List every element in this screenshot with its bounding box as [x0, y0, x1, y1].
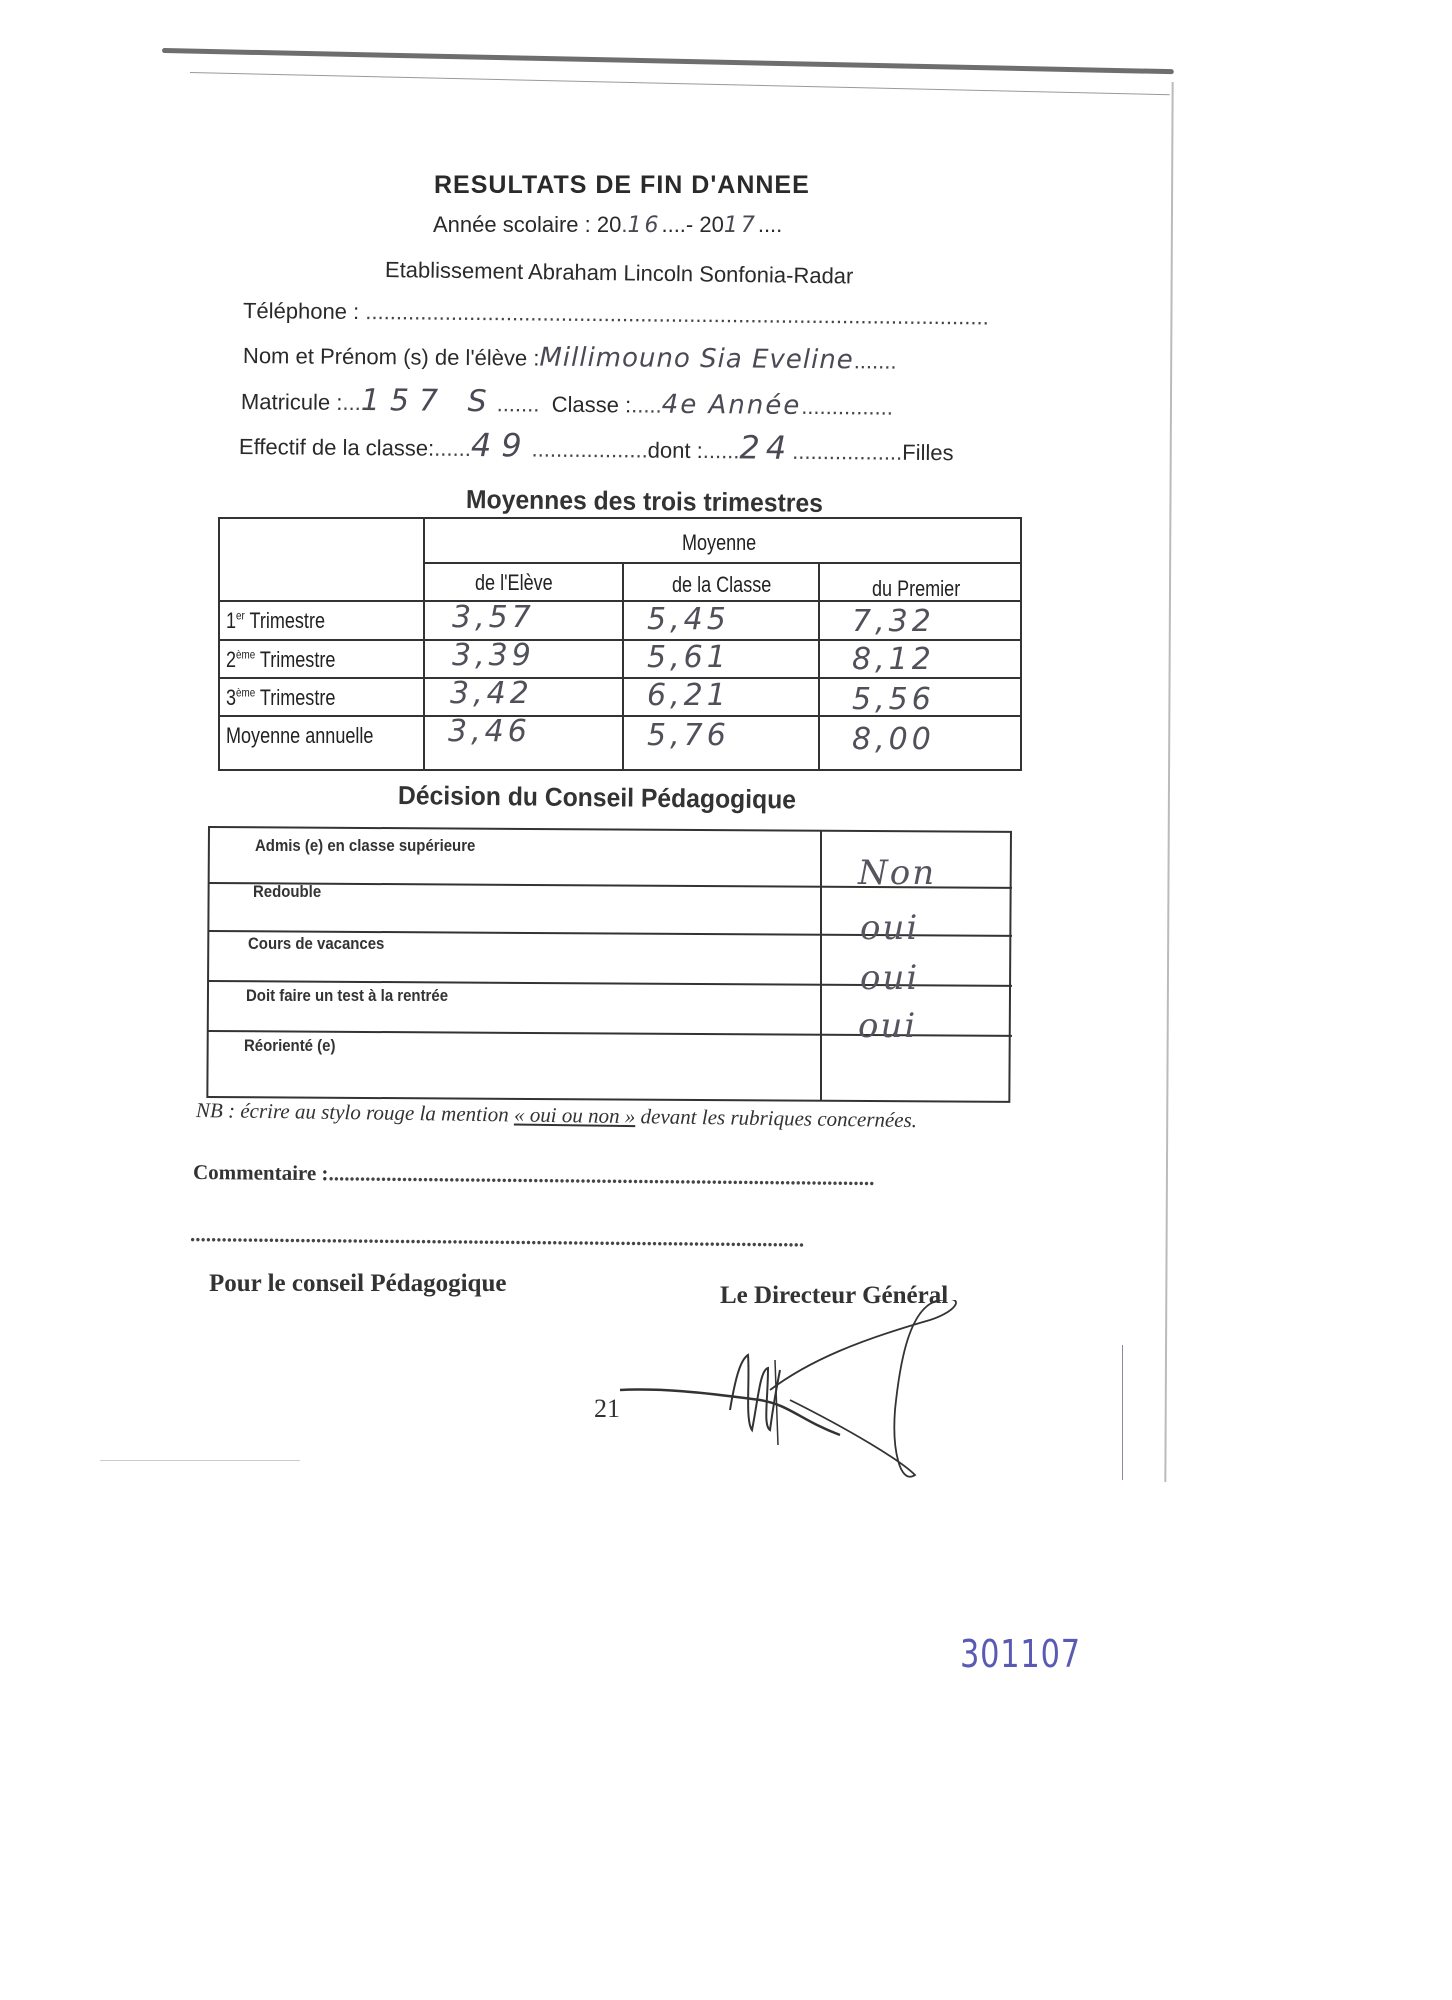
value-t2-premier: 8,12: [852, 642, 935, 677]
school-year-label: Année scolaire : 20: [433, 212, 621, 237]
decision-label-redouble: Redouble: [253, 882, 321, 902]
row-label-sup: er: [236, 609, 245, 623]
averages-table-frame: [218, 517, 1022, 771]
value-t3-classe: 6,21: [647, 678, 730, 713]
col-header-eleve: de l'Elève: [475, 570, 553, 596]
decision-answer-admis: Non: [858, 853, 936, 893]
matricule-label: Matricule :: [241, 389, 343, 415]
row-label-trimestre-1: 1er Trimestre: [226, 608, 325, 634]
effectif-field: Effectif de la classe:......49..........…: [239, 424, 954, 468]
note-suffix: devant les rubriques concernées.: [635, 1104, 917, 1132]
dot-leader: .....: [631, 392, 662, 417]
row-divider: [218, 677, 1022, 679]
school-year-sep: ....- 20: [661, 212, 723, 237]
row-divider: [208, 980, 1012, 987]
matricule-field: Matricule :...157 S....... Classe :.....…: [241, 382, 893, 423]
col-divider: [818, 562, 820, 771]
value-annual-classe: 5,76: [647, 718, 730, 753]
comment-field: Commentaire :...........................…: [193, 1160, 875, 1191]
paper-right-edge-line: [1122, 1345, 1123, 1480]
decision-answer-cours-vacances: oui: [860, 958, 919, 998]
effectif-label: Effectif de la classe:: [239, 434, 434, 461]
row-label-trimestre-2: 2ème Trimestre: [226, 647, 335, 673]
paper-top-edge-line: [190, 72, 1170, 95]
row-label-sup: ème: [236, 686, 255, 700]
school-year-end: 17: [724, 213, 758, 238]
decision-table: Admis (e) en classe supérieure Redouble …: [0, 0, 1452, 2000]
comment-label: Commentaire :: [193, 1160, 329, 1185]
col-header-classe: de la Classe: [672, 572, 771, 598]
note-text: NB : écrire au stylo rouge la mention « …: [196, 1098, 917, 1133]
decision-answer-redouble: oui: [860, 908, 919, 948]
decision-label-reoriente: Réorienté (e): [244, 1036, 335, 1056]
comment-dots: ........................................…: [328, 1161, 874, 1190]
row-label-text: Trimestre: [255, 647, 335, 672]
note-prefix: NB : écrire au stylo rouge la mention: [196, 1098, 514, 1126]
student-name-field: Nom et Prénom (s) de l'élève :Millimouno…: [243, 340, 897, 376]
value-t3-premier: 5,56: [852, 682, 935, 717]
row-label-trimestre-3: 3ème Trimestre: [226, 685, 335, 711]
col-header-premier: du Premier: [872, 576, 960, 602]
row-divider: [208, 1030, 1012, 1037]
dot-leader: .......: [854, 348, 897, 373]
value-t2-eleve: 3,39: [452, 638, 535, 673]
row-divider: [208, 930, 1012, 937]
col-divider: [423, 517, 425, 771]
row-divider: [423, 562, 1022, 564]
matricule-value: 157 S: [361, 383, 497, 419]
school-year-start: 16: [627, 213, 661, 238]
dot-leader: ...............: [801, 394, 893, 420]
telephone-label: Téléphone :: [243, 298, 359, 324]
paper-bottom-edge: [100, 1460, 300, 1461]
dot-leader: ..................: [792, 439, 902, 465]
value-t2-classe: 5,61: [647, 640, 730, 675]
row-label-text: Moyenne annuelle: [226, 723, 373, 748]
row-divider: [208, 882, 1012, 889]
decision-heading: Décision du Conseil Pédagogique: [398, 780, 796, 815]
classe-label: Classe :: [552, 392, 632, 418]
row-label-num: 3: [226, 685, 236, 710]
page-number: 21: [594, 1394, 620, 1424]
telephone-value-dots: ........................................…: [365, 299, 989, 329]
decision-label-cours-vacances: Cours de vacances: [248, 934, 384, 954]
value-t1-eleve: 3,57: [452, 600, 535, 635]
dot-leader: ......: [434, 436, 471, 461]
dot-leader: ......: [703, 438, 740, 463]
value-annual-eleve: 3,46: [448, 714, 531, 749]
document-title: RESULTATS DE FIN D'ANNEE: [434, 171, 810, 200]
decision-answer-test-rentree: oui: [858, 1006, 917, 1046]
row-label-num: 1: [226, 608, 236, 633]
dot-leader: .......: [497, 391, 540, 416]
row-label-annual: Moyenne annuelle: [226, 723, 373, 749]
row-label-text: Trimestre: [255, 685, 335, 710]
filles-label: Filles: [902, 440, 954, 465]
value-t1-premier: 7,32: [852, 604, 935, 639]
col-divider: [820, 830, 822, 1100]
director-signature: [600, 1300, 1020, 1500]
dont-label: dont :: [648, 438, 703, 463]
student-name-value: Millimouno Sia Eveline: [539, 343, 854, 376]
averages-table: Moyenne de l'Elève de la Classe du Premi…: [0, 0, 1452, 2000]
row-label-sup: ème: [236, 648, 255, 662]
decision-table-frame: [206, 826, 1012, 1103]
note-underlined: « oui ou non »: [514, 1102, 636, 1128]
decision-label-test-rentree: Doit faire un test à la rentrée: [246, 986, 448, 1006]
moyenne-group-header: Moyenne: [682, 530, 756, 556]
col-divider: [622, 562, 624, 771]
school-year: Année scolaire : 20.16....- 2017....: [433, 212, 782, 238]
value-t3-eleve: 3,42: [450, 676, 533, 711]
averages-heading: Moyennes des trois trimestres: [466, 484, 823, 519]
student-name-label: Nom et Prénom (s) de l'élève :: [243, 343, 540, 371]
establishment-name: Etablissement Abraham Lincoln Sonfonia-R…: [385, 257, 854, 290]
paper-top-edge: [162, 48, 1174, 74]
comment-line-2: ........................................…: [190, 1222, 804, 1252]
school-year-tail: ....: [758, 212, 782, 237]
telephone-field: Téléphone : ............................…: [243, 298, 989, 331]
value-t1-classe: 5,45: [647, 602, 730, 637]
row-divider: [218, 600, 1022, 602]
value-annual-premier: 8,00: [852, 722, 935, 757]
dot-leader: ...: [342, 390, 361, 415]
dont-value: 24: [739, 428, 792, 466]
row-label-num: 2: [226, 647, 236, 672]
effectif-value: 49: [471, 426, 532, 465]
decision-label-admis: Admis (e) en classe supérieure: [255, 836, 475, 856]
row-label-text: Trimestre: [245, 608, 325, 633]
row-divider: [218, 715, 1022, 717]
dot-leader: ...................: [532, 437, 648, 463]
classe-value: 4e Année: [662, 390, 802, 421]
comment-dots: ........................................…: [190, 1222, 804, 1251]
row-divider: [218, 639, 1022, 641]
signature-label-conseil: Pour le conseil Pédagogique: [209, 1270, 506, 1298]
paper-right-edge: [1164, 82, 1173, 1482]
handwritten-reference-number: 301107: [960, 1632, 1081, 1676]
